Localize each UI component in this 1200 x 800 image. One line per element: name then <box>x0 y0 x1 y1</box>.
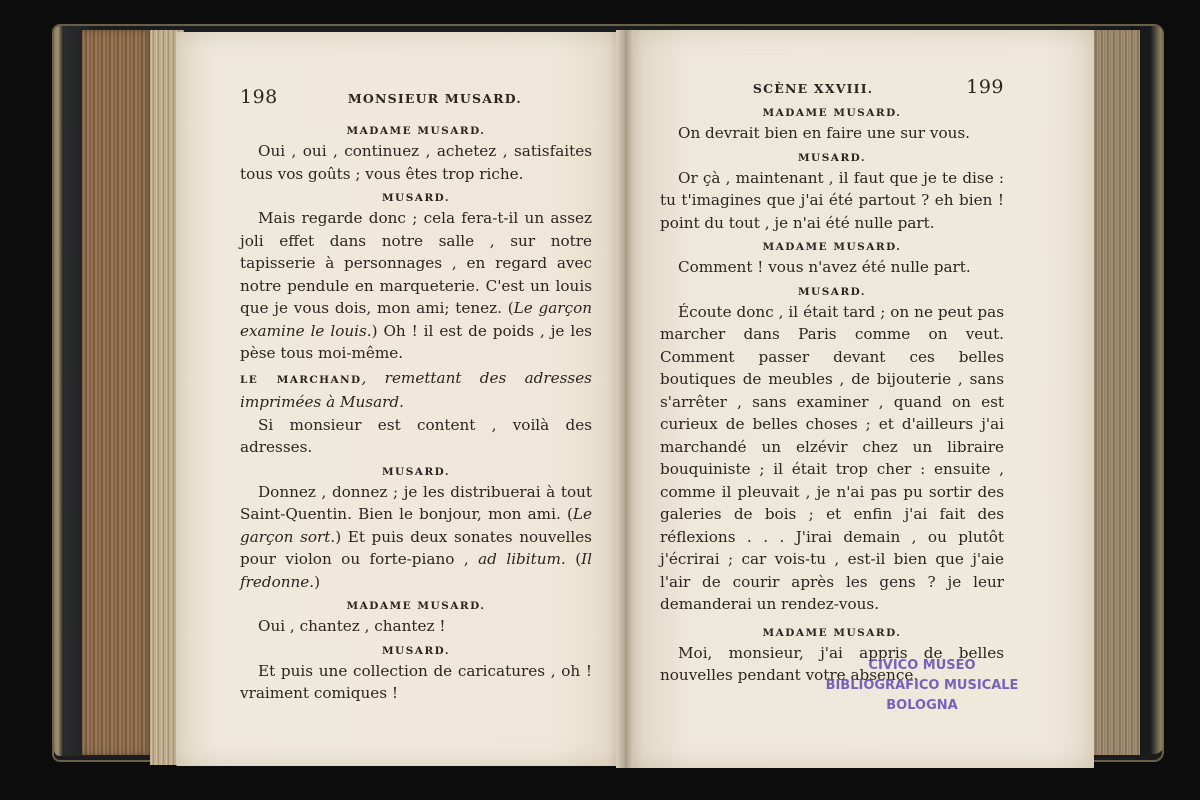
speaker-name: LE MARCHAND <box>240 374 362 386</box>
speaker-name: MUSARD. <box>660 283 1004 301</box>
dialogue-text: On devrait bien en faire une sur vous. <box>660 122 1004 145</box>
running-title: MONSIEUR MUSARD. <box>278 88 592 111</box>
left-page-header: 198 MONSIEUR MUSARD. <box>240 86 592 118</box>
dialogue-text: Et puis une collection de caricatures , … <box>240 660 592 705</box>
speaker-name: MADAME MUSARD. <box>660 624 1004 642</box>
dialogue-text: Oui , chantez , chantez ! <box>240 615 592 638</box>
dialogue-text: Écoute donc , il était tard ; on ne peut… <box>660 301 1004 616</box>
latin-phrase: ad libitum. <box>478 550 566 568</box>
running-title: SCÈNE XXVIII. <box>660 78 966 101</box>
right-page-text: SCÈNE XXVIII. 199 MADAME MUSARD. On devr… <box>660 76 1004 687</box>
library-stamp: CIVICO MUSEO BIBLIOGRAFICO MUSICALE BOLO… <box>822 656 1022 716</box>
speaker-name: MUSARD. <box>240 189 592 207</box>
page-number: 199 <box>966 76 1004 99</box>
dialogue-text: Oui , oui , continuez , achetez , satisf… <box>240 140 592 185</box>
book-gutter <box>616 30 634 768</box>
speaker-name: MADAME MUSARD. <box>660 104 1004 122</box>
stamp-line: BIBLIOGRAFICO MUSICALE <box>822 676 1022 696</box>
speaker-name: MUSARD. <box>660 149 1004 167</box>
stamp-line: CIVICO MUSEO <box>822 656 1022 676</box>
left-page-text: 198 MONSIEUR MUSARD. MADAME MUSARD. Oui … <box>240 86 592 705</box>
dialogue-text: Si monsieur est content , voilà des adre… <box>240 414 592 459</box>
dialogue-fragment: ) <box>314 573 320 591</box>
stage-heading: LE MARCHAND, remettant des adresses impr… <box>240 367 592 414</box>
right-page-header: SCÈNE XXVIII. 199 <box>660 76 1004 100</box>
dialogue-fragment: Donnez , donnez ; je les distribuerai à … <box>240 483 592 524</box>
page-stack-left <box>82 30 154 755</box>
stamp-line: BOLOGNA <box>822 696 1022 716</box>
page-number: 198 <box>240 86 278 109</box>
speaker-name: MUSARD. <box>240 642 592 660</box>
dialogue-text: Mais regarde donc ; cela fera-t-il un as… <box>240 207 592 365</box>
dialogue-text: Or çà , maintenant , il faut que je te d… <box>660 167 1004 235</box>
page-stack-right <box>1092 30 1140 755</box>
dialogue-text: Comment ! vous n'avez été nulle part. <box>660 256 1004 279</box>
dialogue-fragment: ( <box>566 550 581 568</box>
speaker-name: MADAME MUSARD. <box>660 238 1004 256</box>
dialogue-text: Donnez , donnez ; je les distribuerai à … <box>240 481 592 594</box>
speaker-name: MADAME MUSARD. <box>240 122 592 140</box>
speaker-name: MUSARD. <box>240 463 592 481</box>
speaker-name: MADAME MUSARD. <box>240 597 592 615</box>
